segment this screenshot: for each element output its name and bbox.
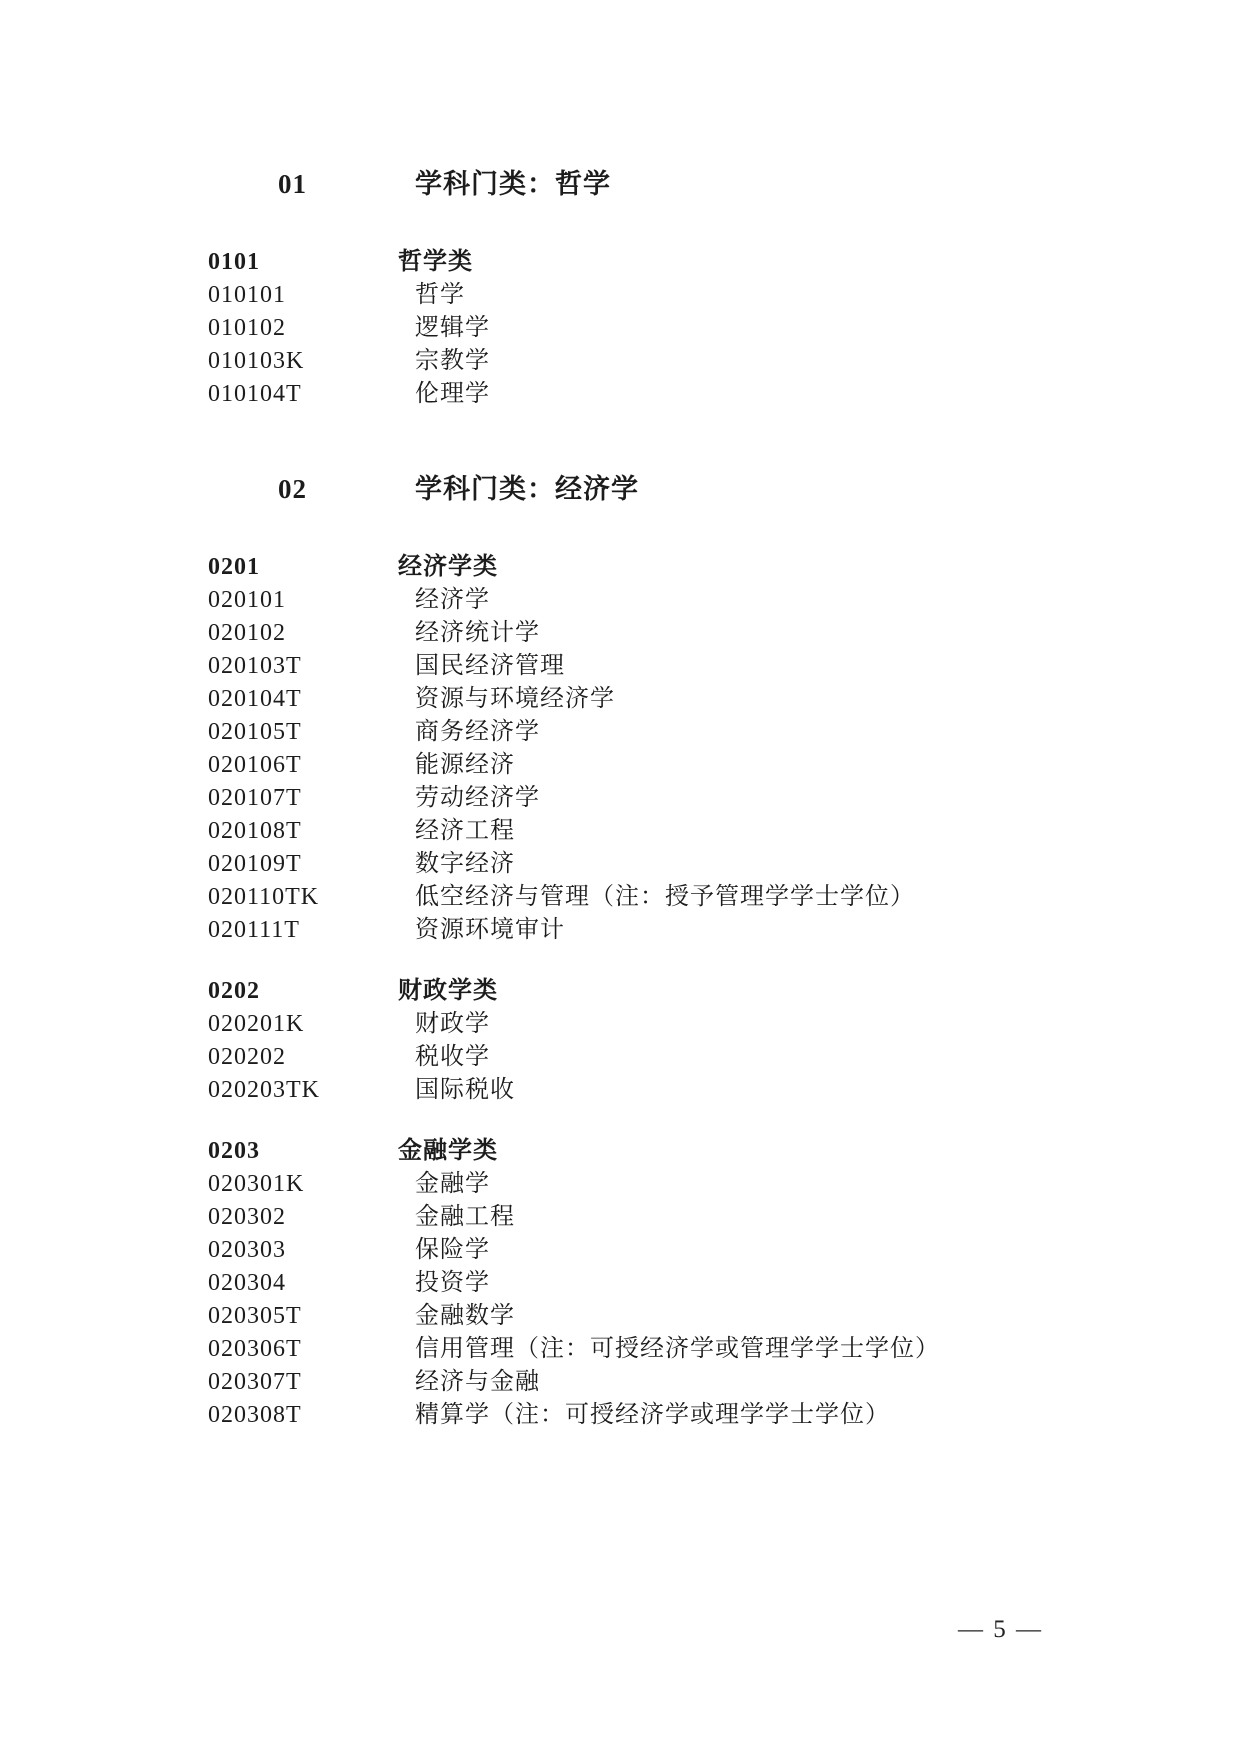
major-code: 020108T: [208, 815, 398, 848]
major-row: 020203TK国际税收: [0, 1074, 1241, 1107]
major-code: 020104T: [208, 683, 398, 716]
major-code: 020107T: [208, 782, 398, 815]
major-code: 020302: [208, 1201, 398, 1234]
major-name: 金融工程: [398, 1201, 515, 1234]
major-row: 020307T经济与金融: [0, 1366, 1241, 1399]
major-name: 保险学: [398, 1234, 490, 1267]
catalog-content: 01学科门类：哲学 0101哲学类 010101哲学 010102逻辑学 010…: [0, 166, 1241, 1432]
section-title: 学科门类：哲学: [415, 166, 611, 202]
major-code: 010101: [208, 279, 398, 312]
group-code: 0201: [208, 551, 398, 584]
major-code: 020307T: [208, 1366, 398, 1399]
group-name: 经济学类: [398, 554, 498, 580]
major-row: 020102经济统计学: [0, 617, 1241, 650]
major-code: 020110TK: [208, 881, 398, 914]
major-name: 国际税收: [398, 1074, 515, 1107]
major-name: 伦理学: [398, 378, 490, 411]
document-page: 01学科门类：哲学 0101哲学类 010101哲学 010102逻辑学 010…: [0, 0, 1241, 1755]
section-code: 01: [278, 166, 415, 202]
group-row: 0202财政学类: [0, 975, 1241, 1008]
major-name: 经济统计学: [398, 617, 540, 650]
major-row: 020109T数字经济: [0, 848, 1241, 881]
major-code: 010103K: [208, 345, 398, 378]
section-heading: 01学科门类：哲学: [0, 166, 1241, 202]
major-row: 020104T资源与环境经济学: [0, 683, 1241, 716]
major-list: 020201K财政学 020202税收学 020203TK国际税收: [0, 1008, 1241, 1107]
major-code: 020304: [208, 1267, 398, 1300]
major-list: 020101经济学 020102经济统计学 020103T国民经济管理 0201…: [0, 584, 1241, 947]
group-name: 财政学类: [398, 978, 498, 1004]
major-code: 020111T: [208, 914, 398, 947]
major-code: 020305T: [208, 1300, 398, 1333]
major-name: 低空经济与管理（注：授予管理学学士学位）: [398, 881, 915, 914]
discipline-section: 02学科门类：经济学 0201经济学类 020101经济学 020102经济统计…: [0, 471, 1241, 1432]
major-code: 010102: [208, 312, 398, 345]
major-row: 020305T金融数学: [0, 1300, 1241, 1333]
major-row: 020201K财政学: [0, 1008, 1241, 1041]
major-row: 010103K宗教学: [0, 345, 1241, 378]
group-code: 0101: [208, 246, 398, 279]
group-row: 0101哲学类: [0, 246, 1241, 279]
major-group: 0202财政学类 020201K财政学 020202税收学 020203TK国际…: [0, 975, 1241, 1107]
major-group: 0203金融学类 020301K金融学 020302金融工程 020303保险学…: [0, 1135, 1241, 1432]
major-code: 020102: [208, 617, 398, 650]
major-name: 金融数学: [398, 1300, 515, 1333]
major-name: 金融学: [398, 1168, 490, 1201]
major-name: 财政学: [398, 1008, 490, 1041]
major-name: 逻辑学: [398, 312, 490, 345]
major-code: 020308T: [208, 1399, 398, 1432]
major-row: 020105T商务经济学: [0, 716, 1241, 749]
major-list: 010101哲学 010102逻辑学 010103K宗教学 010104T伦理学: [0, 279, 1241, 411]
discipline-section: 01学科门类：哲学 0101哲学类 010101哲学 010102逻辑学 010…: [0, 166, 1241, 411]
major-row: 020106T能源经济: [0, 749, 1241, 782]
major-code: 020101: [208, 584, 398, 617]
major-name: 经济工程: [398, 815, 515, 848]
major-row: 020108T经济工程: [0, 815, 1241, 848]
major-row: 020107T劳动经济学: [0, 782, 1241, 815]
major-row: 020202税收学: [0, 1041, 1241, 1074]
major-row: 020303保险学: [0, 1234, 1241, 1267]
major-name: 精算学（注：可授经济学或理学学士学位）: [398, 1399, 890, 1432]
group-list: 0101哲学类 010101哲学 010102逻辑学 010103K宗教学 01…: [0, 246, 1241, 411]
major-row: 010101哲学: [0, 279, 1241, 312]
major-row: 020101经济学: [0, 584, 1241, 617]
major-code: 010104T: [208, 378, 398, 411]
major-name: 税收学: [398, 1041, 490, 1074]
major-row: 020306T信用管理（注：可授经济学或管理学学士学位）: [0, 1333, 1241, 1366]
major-row: 020304投资学: [0, 1267, 1241, 1300]
group-row: 0201经济学类: [0, 551, 1241, 584]
major-name: 数字经济: [398, 848, 515, 881]
major-code: 020105T: [208, 716, 398, 749]
major-name: 信用管理（注：可授经济学或管理学学士学位）: [398, 1333, 940, 1366]
major-row: 020110TK低空经济与管理（注：授予管理学学士学位）: [0, 881, 1241, 914]
group-code: 0202: [208, 975, 398, 1008]
major-group: 0101哲学类 010101哲学 010102逻辑学 010103K宗教学 01…: [0, 246, 1241, 411]
major-name: 宗教学: [398, 345, 490, 378]
major-name: 劳动经济学: [398, 782, 540, 815]
major-name: 投资学: [398, 1267, 490, 1300]
major-code: 020301K: [208, 1168, 398, 1201]
major-code: 020109T: [208, 848, 398, 881]
major-row: 020302金融工程: [0, 1201, 1241, 1234]
section-heading: 02学科门类：经济学: [0, 471, 1241, 507]
major-code: 020306T: [208, 1333, 398, 1366]
section-title: 学科门类：经济学: [415, 471, 639, 507]
major-code: 020203TK: [208, 1074, 398, 1107]
major-name: 资源与环境经济学: [398, 683, 615, 716]
major-code: 020303: [208, 1234, 398, 1267]
major-row: 010102逻辑学: [0, 312, 1241, 345]
group-row: 0203金融学类: [0, 1135, 1241, 1168]
major-name: 能源经济: [398, 749, 515, 782]
major-code: 020201K: [208, 1008, 398, 1041]
major-name: 经济学: [398, 584, 490, 617]
major-name: 商务经济学: [398, 716, 540, 749]
major-row: 010104T伦理学: [0, 378, 1241, 411]
group-code: 0203: [208, 1135, 398, 1168]
section-code: 02: [278, 471, 415, 507]
major-code: 020202: [208, 1041, 398, 1074]
group-name: 哲学类: [398, 249, 473, 275]
major-code: 020103T: [208, 650, 398, 683]
major-name: 资源环境审计: [398, 914, 565, 947]
major-name: 国民经济管理: [398, 650, 565, 683]
major-name: 经济与金融: [398, 1366, 540, 1399]
group-name: 金融学类: [398, 1138, 498, 1164]
major-name: 哲学: [398, 279, 465, 312]
group-list: 0201经济学类 020101经济学 020102经济统计学 020103T国民…: [0, 551, 1241, 1432]
major-row: 020111T资源环境审计: [0, 914, 1241, 947]
major-row: 020301K金融学: [0, 1168, 1241, 1201]
major-row: 020308T精算学（注：可授经济学或理学学士学位）: [0, 1399, 1241, 1432]
major-group: 0201经济学类 020101经济学 020102经济统计学 020103T国民…: [0, 551, 1241, 947]
major-code: 020106T: [208, 749, 398, 782]
major-row: 020103T国民经济管理: [0, 650, 1241, 683]
major-list: 020301K金融学 020302金融工程 020303保险学 020304投资…: [0, 1168, 1241, 1432]
page-number: — 5 —: [958, 1616, 1043, 1644]
